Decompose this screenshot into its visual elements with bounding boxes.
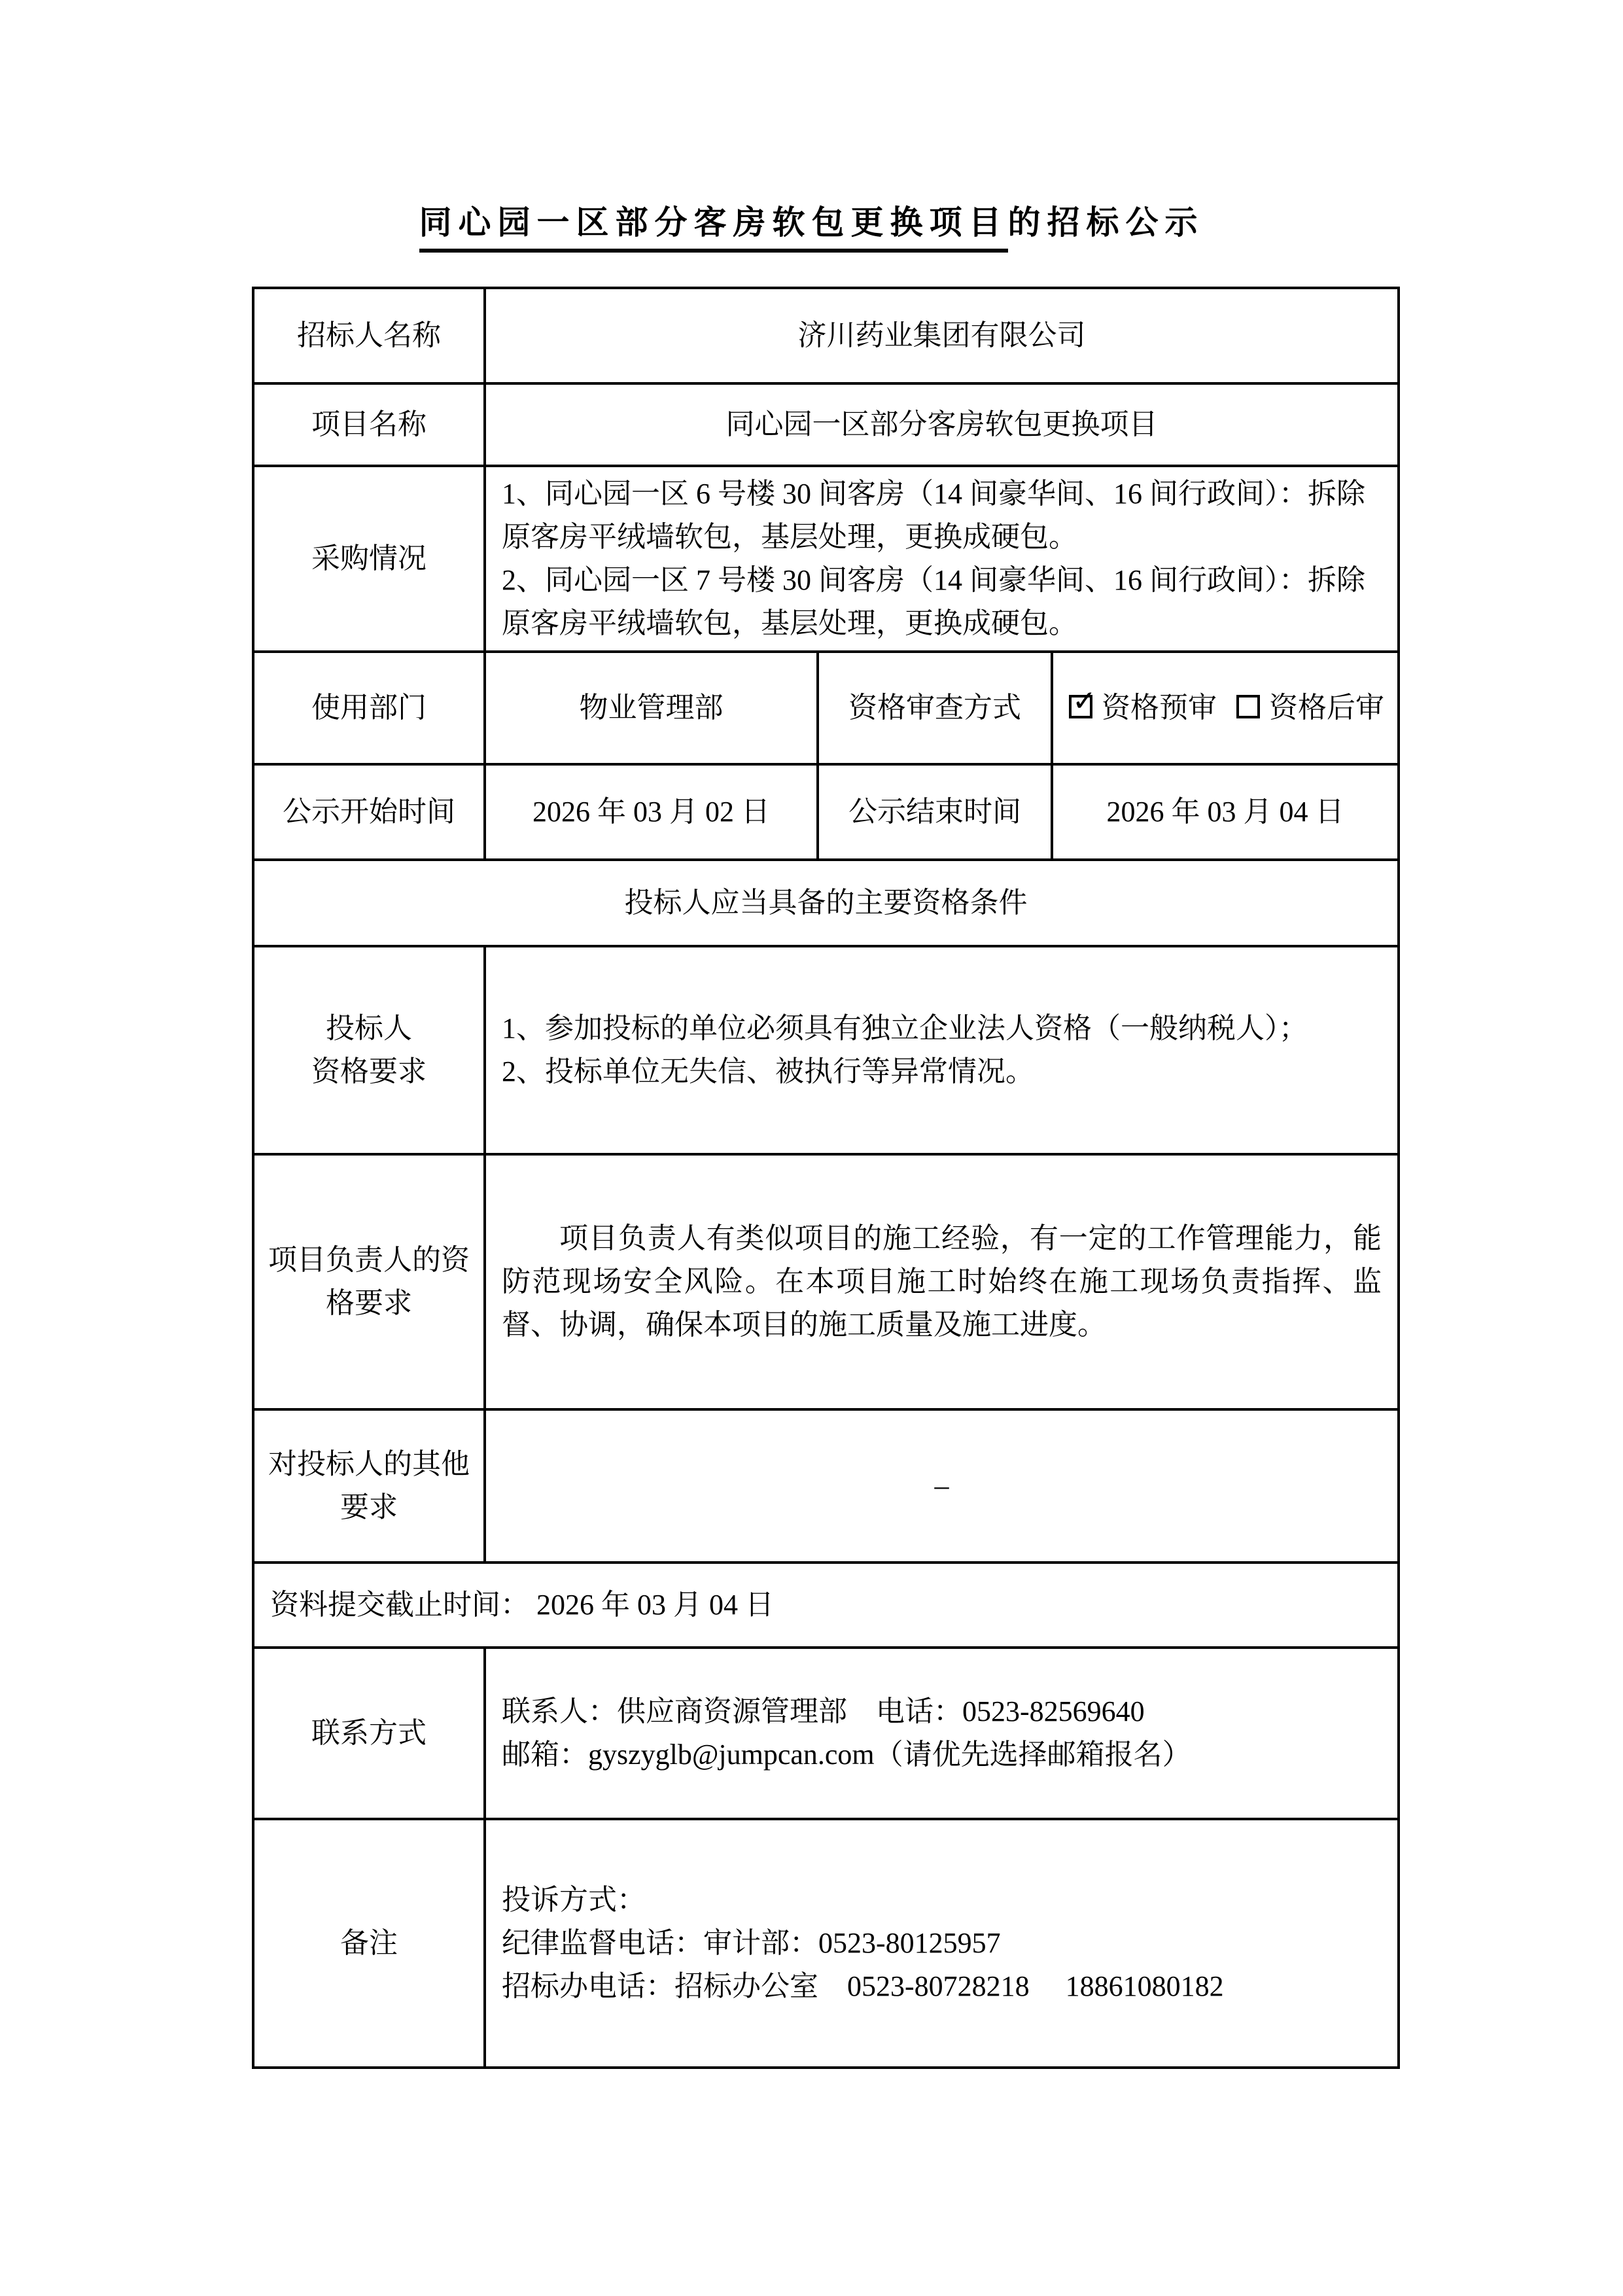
deadline-text: 资料提交截止时间： 2026 年 03 月 04 日 — [253, 1563, 1399, 1648]
department-label: 使用部门 — [253, 652, 485, 764]
row-deadline: 资料提交截止时间： 2026 年 03 月 04 日 — [253, 1563, 1399, 1648]
row-department-review: 使用部门 物业管理部 资格审查方式 ✓资格预审资格后审 — [253, 652, 1399, 764]
label-line: 格要求 — [264, 1282, 474, 1325]
review-options: ✓资格预审资格后审 — [1069, 692, 1384, 724]
label-line: 投标人 — [264, 1007, 474, 1050]
row-contact: 联系方式 联系人：供应商资源管理部 电话：0523-82569640 邮箱：gy… — [253, 1648, 1399, 1819]
publicity-start-value: 2026 年 03 月 02 日 — [485, 764, 818, 860]
bidder-name-value: 济川药业集团有限公司 — [485, 288, 1399, 383]
row-procurement: 采购情况 1、同心园一区 6 号楼 30 间客房（14 间豪华间、16 间行政间… — [253, 466, 1399, 652]
project-name-value: 同心园一区部分客房软包更换项目 — [485, 383, 1399, 466]
label-line: 对投标人的其他 — [264, 1443, 474, 1486]
checkbox-unchecked-icon — [1236, 695, 1260, 718]
page-title: 同心园一区部分客房软包更换项目的招标公示 — [0, 196, 1623, 243]
remarks-line: 招标办电话：招标办公室 0523-80728218 18861080182 — [502, 1965, 1382, 2008]
label-line: 项目负责人的资 — [264, 1239, 474, 1282]
qualification-item: 1、参加投标的单位必须具有独立企业法人资格（一般纳税人）； — [502, 1007, 1382, 1050]
other-requirements-label: 对投标人的其他 要求 — [253, 1409, 485, 1563]
review-method-value: ✓资格预审资格后审 — [1052, 652, 1399, 764]
publicity-end-label: 公示结束时间 — [818, 764, 1052, 860]
remarks-line: 纪律监督电话：审计部：0523-80125957 — [502, 1922, 1382, 1965]
page-title-suffix: 的招标公示 — [1008, 204, 1204, 241]
row-remarks: 备注 投诉方式： 纪律监督电话：审计部：0523-80125957 招标办电话：… — [253, 1819, 1399, 2068]
manager-qualification-label: 项目负责人的资 格要求 — [253, 1154, 485, 1409]
row-project-name: 项目名称 同心园一区部分客房软包更换项目 — [253, 383, 1399, 466]
post-review-label: 资格后审 — [1269, 692, 1384, 724]
pre-review-label: 资格预审 — [1102, 692, 1217, 724]
checkmark-icon: ✓ — [1072, 687, 1096, 716]
label-line: 要求 — [264, 1486, 474, 1529]
label-line: 资格要求 — [264, 1050, 474, 1093]
page-title-underlined: 同心园一区部分客房软包更换项目 — [419, 204, 1008, 253]
row-bidder-qualification: 投标人 资格要求 1、参加投标的单位必须具有独立企业法人资格（一般纳税人）； 2… — [253, 946, 1399, 1154]
contact-label: 联系方式 — [253, 1648, 485, 1819]
checkbox-checked-icon: ✓ — [1069, 695, 1092, 718]
bidder-qualification-label: 投标人 资格要求 — [253, 946, 485, 1154]
row-bidder-name: 招标人名称 济川药业集团有限公司 — [253, 288, 1399, 383]
qualification-item: 2、投标单位无失信、被执行等异常情况。 — [502, 1050, 1382, 1093]
manager-qualification-value: 项目负责人有类似项目的施工经验，有一定的工作管理能力，能防范现场安全风险。在本项… — [485, 1154, 1399, 1409]
row-qualification-header: 投标人应当具备的主要资格条件 — [253, 860, 1399, 946]
bidder-qualification-value: 1、参加投标的单位必须具有独立企业法人资格（一般纳税人）； 2、投标单位无失信、… — [485, 946, 1399, 1154]
contact-line: 联系人：供应商资源管理部 电话：0523-82569640 — [502, 1690, 1382, 1733]
qualification-header: 投标人应当具备的主要资格条件 — [253, 860, 1399, 946]
remarks-value: 投诉方式： 纪律监督电话：审计部：0523-80125957 招标办电话：招标办… — [485, 1819, 1399, 2068]
remarks-label: 备注 — [253, 1819, 485, 2068]
publicity-start-label: 公示开始时间 — [253, 764, 485, 860]
procurement-item: 1、同心园一区 6 号楼 30 间客房（14 间豪华间、16 间行政间）：拆除原… — [502, 472, 1382, 559]
bidder-name-label: 招标人名称 — [253, 288, 485, 383]
contact-line: 邮箱：gyszyglb@jumpcan.com（请优先选择邮箱报名） — [502, 1733, 1382, 1776]
department-value: 物业管理部 — [485, 652, 818, 764]
other-requirements-value: – — [485, 1409, 1399, 1563]
project-name-label: 项目名称 — [253, 383, 485, 466]
row-manager-qualification: 项目负责人的资 格要求 项目负责人有类似项目的施工经验，有一定的工作管理能力，能… — [253, 1154, 1399, 1409]
document-page: 同心园一区部分客房软包更换项目的招标公示 招标人名称 济川药业集团有限公司 项目… — [0, 0, 1623, 2296]
procurement-label: 采购情况 — [253, 466, 485, 652]
publicity-end-value: 2026 年 03 月 04 日 — [1052, 764, 1399, 860]
remarks-line: 投诉方式： — [502, 1879, 1382, 1922]
procurement-item: 2、同心园一区 7 号楼 30 间客房（14 间豪华间、16 间行政间）：拆除原… — [502, 559, 1382, 645]
review-method-label: 资格审查方式 — [818, 652, 1052, 764]
row-publicity-dates: 公示开始时间 2026 年 03 月 02 日 公示结束时间 2026 年 03… — [253, 764, 1399, 860]
row-other-requirements: 对投标人的其他 要求 – — [253, 1409, 1399, 1563]
tender-table: 招标人名称 济川药业集团有限公司 项目名称 同心园一区部分客房软包更换项目 采购… — [252, 287, 1400, 2069]
contact-value: 联系人：供应商资源管理部 电话：0523-82569640 邮箱：gyszygl… — [485, 1648, 1399, 1819]
procurement-value: 1、同心园一区 6 号楼 30 间客房（14 间豪华间、16 间行政间）：拆除原… — [485, 466, 1399, 652]
